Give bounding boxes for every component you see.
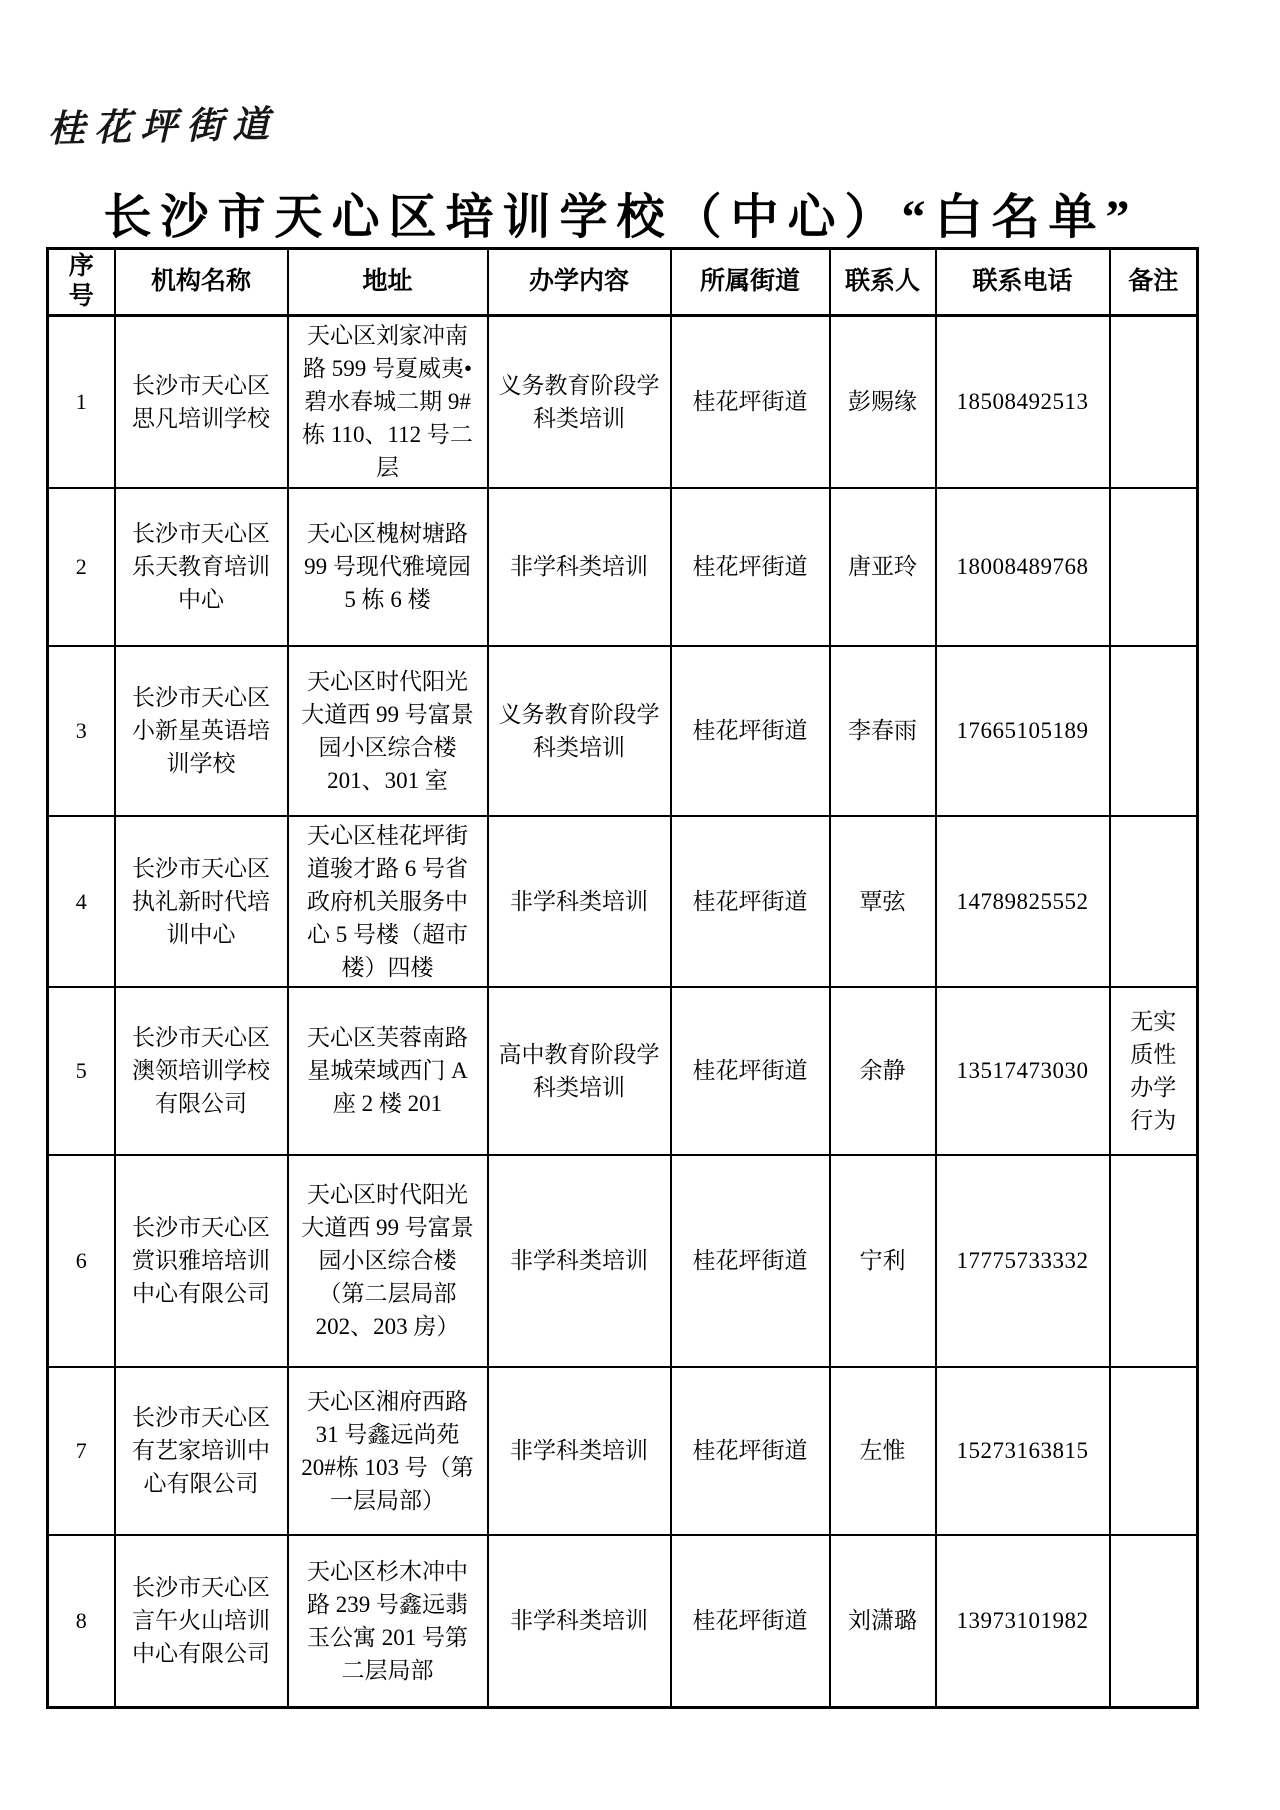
remark-cell — [1110, 1535, 1198, 1708]
table-row: 2 长沙市天心区乐天教育培训中心 天心区槐树塘路 99 号现代雅境园 5 栋 6… — [48, 488, 1198, 646]
phone-cell: 18508492513 — [936, 316, 1110, 488]
table-row: 3 长沙市天心区小新星英语培训学校 天心区时代阳光大道西 99 号富景园小区综合… — [48, 646, 1198, 816]
address-cell: 天心区桂花坪街道骏才路 6 号省政府机关服务中心 5 号楼（超市楼）四楼 — [288, 816, 488, 987]
document-page: 桂花坪街道 长沙市天心区培训学校（中心）“白名单” 序号 机构名称 地址 办学内… — [0, 0, 1280, 1810]
street-cell: 桂花坪街道 — [671, 1155, 830, 1367]
street-cell: 桂花坪街道 — [671, 316, 830, 488]
header-row: 序号 机构名称 地址 办学内容 所属街道 联系人 联系电话 备注 — [48, 249, 1198, 316]
table-row: 4 长沙市天心区执礼新时代培训中心 天心区桂花坪街道骏才路 6 号省政府机关服务… — [48, 816, 1198, 987]
whitelist-table: 序号 机构名称 地址 办学内容 所属街道 联系人 联系电话 备注 1 长沙市天心… — [46, 247, 1199, 1709]
content-cell: 非学科类培训 — [488, 488, 671, 646]
serial-cell: 3 — [48, 646, 115, 816]
address-cell: 天心区杉木冲中路 239 号鑫远翡玉公寓 201 号第二层局部 — [288, 1535, 488, 1708]
address-cell: 天心区湘府西路 31 号鑫远尚苑 20#栋 103 号（第一层局部） — [288, 1367, 488, 1535]
serial-cell: 4 — [48, 816, 115, 987]
serial-cell: 8 — [48, 1535, 115, 1708]
contact-cell: 宁利 — [830, 1155, 936, 1367]
remark-cell — [1110, 488, 1198, 646]
remark-cell: 无实质性办学行为 — [1110, 987, 1198, 1155]
street-cell: 桂花坪街道 — [671, 646, 830, 816]
org-name-cell: 长沙市天心区澳领培训学校有限公司 — [115, 987, 288, 1155]
table-row: 1 长沙市天心区思凡培训学校 天心区刘家冲南路 599 号夏威夷•碧水春城二期 … — [48, 316, 1198, 488]
contact-cell: 左惟 — [830, 1367, 936, 1535]
contact-cell: 李春雨 — [830, 646, 936, 816]
table-row: 8 长沙市天心区言午火山培训中心有限公司 天心区杉木冲中路 239 号鑫远翡玉公… — [48, 1535, 1198, 1708]
serial-cell: 6 — [48, 1155, 115, 1367]
table-row: 7 长沙市天心区有艺家培训中心有限公司 天心区湘府西路 31 号鑫远尚苑 20#… — [48, 1367, 1198, 1535]
org-name-cell: 长沙市天心区赏识雅培培训中心有限公司 — [115, 1155, 288, 1367]
content-cell: 非学科类培训 — [488, 816, 671, 987]
col-header-phone: 联系电话 — [936, 249, 1110, 316]
table-row: 6 长沙市天心区赏识雅培培训中心有限公司 天心区时代阳光大道西 99 号富景园小… — [48, 1155, 1198, 1367]
org-name-cell: 长沙市天心区言午火山培训中心有限公司 — [115, 1535, 288, 1708]
contact-cell: 彭赐缘 — [830, 316, 936, 488]
serial-cell: 7 — [48, 1367, 115, 1535]
contact-cell: 余静 — [830, 987, 936, 1155]
address-cell: 天心区时代阳光大道西 99 号富景园小区综合楼（第二层局部 202、203 房） — [288, 1155, 488, 1367]
content-cell: 义务教育阶段学科类培训 — [488, 646, 671, 816]
col-header-street: 所属街道 — [671, 249, 830, 316]
org-name-cell: 长沙市天心区有艺家培训中心有限公司 — [115, 1367, 288, 1535]
address-cell: 天心区槐树塘路 99 号现代雅境园 5 栋 6 楼 — [288, 488, 488, 646]
page-title: 长沙市天心区培训学校（中心）“白名单” — [46, 178, 1196, 247]
serial-cell: 2 — [48, 488, 115, 646]
org-name-cell: 长沙市天心区思凡培训学校 — [115, 316, 288, 488]
col-header-address: 地址 — [288, 249, 488, 316]
content-cell: 高中教育阶段学科类培训 — [488, 987, 671, 1155]
org-name-cell: 长沙市天心区乐天教育培训中心 — [115, 488, 288, 646]
content-cell: 非学科类培训 — [488, 1367, 671, 1535]
phone-cell: 14789825552 — [936, 816, 1110, 987]
content-cell: 非学科类培训 — [488, 1535, 671, 1708]
col-header-remark: 备注 — [1110, 249, 1198, 316]
address-cell: 天心区时代阳光大道西 99 号富景园小区综合楼 201、301 室 — [288, 646, 488, 816]
street-cell: 桂花坪街道 — [671, 987, 830, 1155]
phone-cell: 17775733332 — [936, 1155, 1110, 1367]
serial-cell: 1 — [48, 316, 115, 488]
col-header-serial: 序号 — [48, 249, 115, 316]
col-header-contact: 联系人 — [830, 249, 936, 316]
contact-cell: 唐亚玲 — [830, 488, 936, 646]
street-cell: 桂花坪街道 — [671, 1535, 830, 1708]
contact-cell: 刘潇璐 — [830, 1535, 936, 1708]
content-cell: 非学科类培训 — [488, 1155, 671, 1367]
col-header-org-name: 机构名称 — [115, 249, 288, 316]
col-header-content: 办学内容 — [488, 249, 671, 316]
address-cell: 天心区刘家冲南路 599 号夏威夷•碧水春城二期 9#栋 110、112 号二层 — [288, 316, 488, 488]
phone-cell: 17665105189 — [936, 646, 1110, 816]
remark-cell — [1110, 316, 1198, 488]
contact-cell: 覃弦 — [830, 816, 936, 987]
remark-cell — [1110, 646, 1198, 816]
remark-cell — [1110, 816, 1198, 987]
serial-cell: 5 — [48, 987, 115, 1155]
phone-cell: 13973101982 — [936, 1535, 1110, 1708]
street-cell: 桂花坪街道 — [671, 1367, 830, 1535]
table-row: 5 长沙市天心区澳领培训学校有限公司 天心区芙蓉南路星城荣域西门 A 座 2 楼… — [48, 987, 1198, 1155]
phone-cell: 15273163815 — [936, 1367, 1110, 1535]
remark-cell — [1110, 1367, 1198, 1535]
address-cell: 天心区芙蓉南路星城荣域西门 A 座 2 楼 201 — [288, 987, 488, 1155]
phone-cell: 18008489768 — [936, 488, 1110, 646]
remark-cell — [1110, 1155, 1198, 1367]
content-cell: 义务教育阶段学科类培训 — [488, 316, 671, 488]
phone-cell: 13517473030 — [936, 987, 1110, 1155]
org-name-cell: 长沙市天心区执礼新时代培训中心 — [115, 816, 288, 987]
street-cell: 桂花坪街道 — [671, 488, 830, 646]
handwritten-annotation: 桂花坪街道 — [47, 94, 278, 153]
org-name-cell: 长沙市天心区小新星英语培训学校 — [115, 646, 288, 816]
street-cell: 桂花坪街道 — [671, 816, 830, 987]
